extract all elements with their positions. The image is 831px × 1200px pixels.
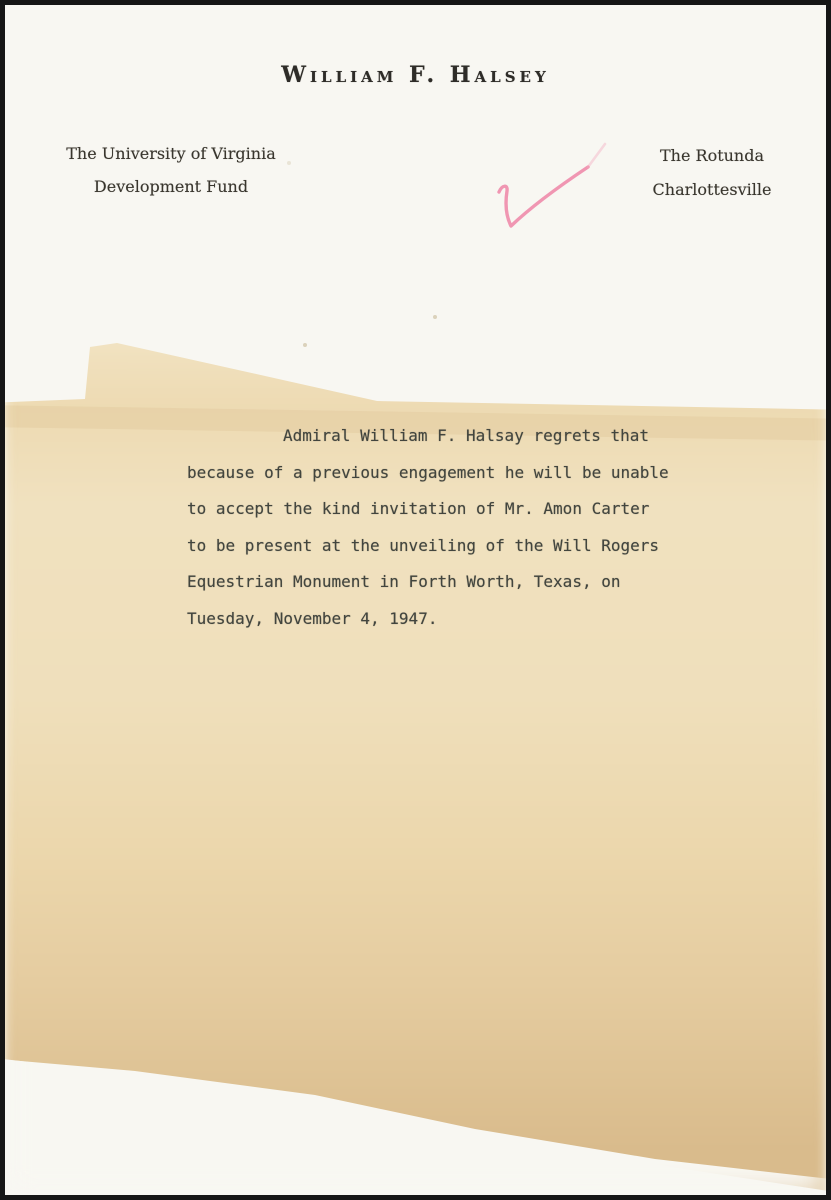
note-line: to accept the kind invitation of Mr. Amo… — [187, 491, 697, 528]
letter-page: William F. Halsey The University of Virg… — [5, 5, 826, 1195]
note-line: Equestrian Monument in Forth Worth, Texa… — [187, 564, 697, 601]
note-line: to be present at the unveiling of the Wi… — [187, 528, 697, 565]
paper-speck — [433, 315, 437, 319]
scan-border: William F. Halsey The University of Virg… — [0, 0, 831, 1200]
paper-speck — [303, 343, 307, 347]
letterhead-left: The University of Virginia Development F… — [63, 137, 279, 203]
letterhead-right-line1: The Rotunda — [627, 139, 797, 173]
typed-note: Admiral William F. Halsay regrets that b… — [187, 418, 697, 638]
letterhead-left-line1: The University of Virginia — [63, 137, 279, 170]
letterhead-right: The Rotunda Charlottesville — [627, 139, 797, 207]
note-line: because of a previous engagement he will… — [187, 455, 697, 492]
letterhead-right-line2: Charlottesville — [627, 173, 797, 207]
letterhead-name: William F. Halsey — [5, 62, 826, 88]
note-line: Tuesday, November 4, 1947. — [187, 601, 697, 638]
note-line: Admiral William F. Halsay regrets that — [187, 418, 697, 455]
letterhead-left-line2: Development Fund — [63, 170, 279, 203]
paper-speck — [287, 161, 291, 165]
